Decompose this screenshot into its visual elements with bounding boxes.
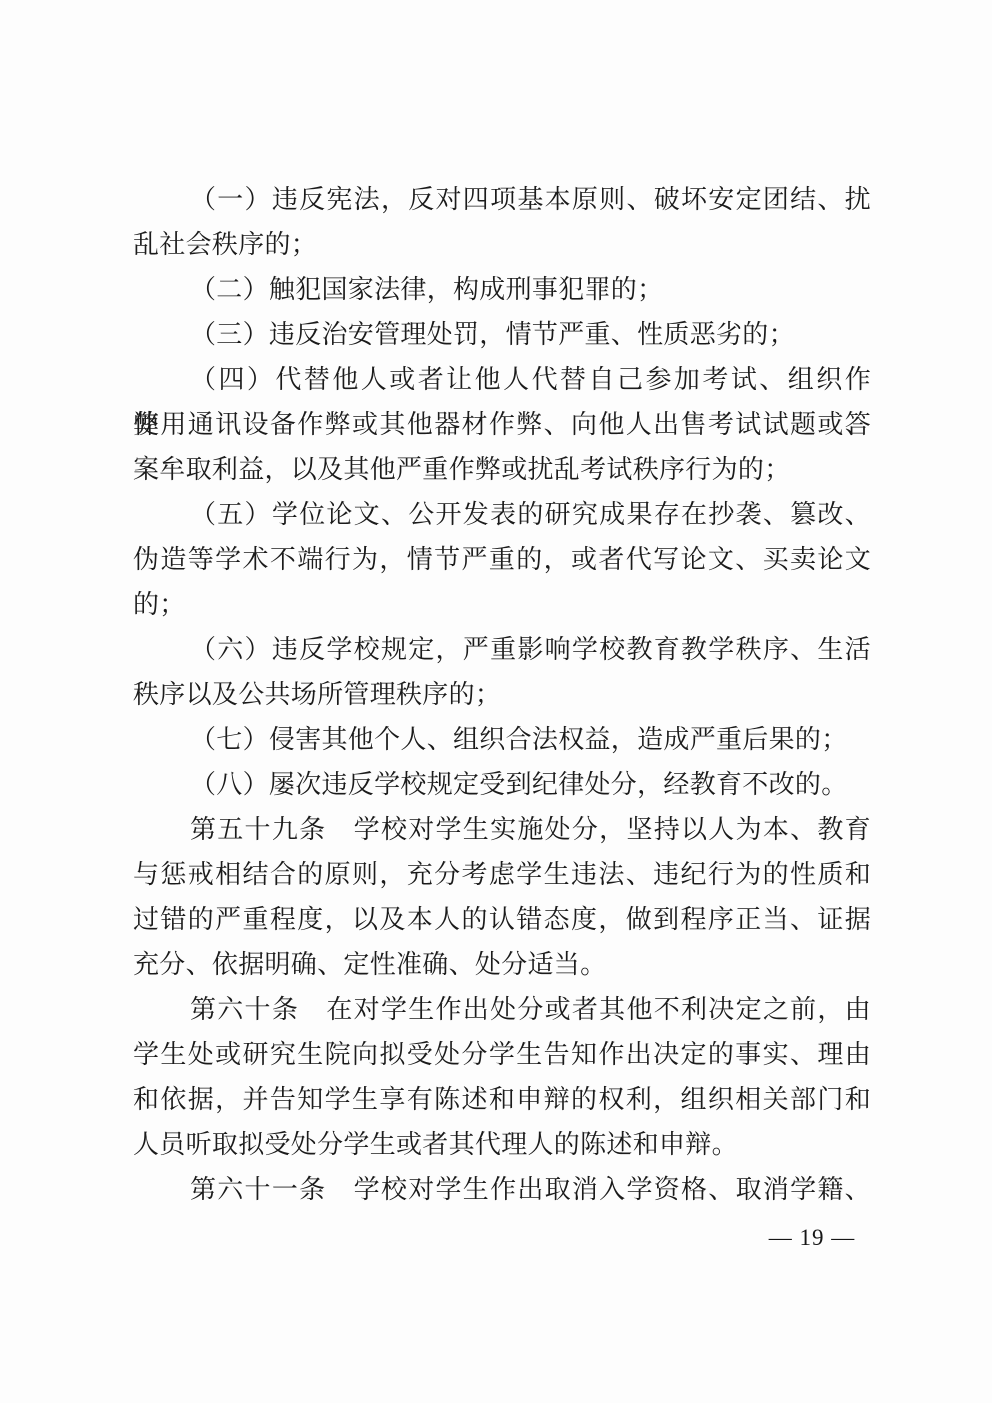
text-line: （八）屡次违反学校规定受到纪律处分，经教育不改的。 <box>133 762 871 807</box>
text-line: （三）违反治安管理处罚，情节严重、性质恶劣的； <box>133 312 871 357</box>
text-line: 充分、依据明确、定性准确、处分适当。 <box>133 942 871 987</box>
text-line: 过错的严重程度，以及本人的认错态度，做到程序正当、证据 <box>133 897 871 942</box>
text-line: 案牟取利益，以及其他严重作弊或扰乱考试秩序行为的； <box>133 447 871 492</box>
page-number: — 19 — <box>762 1220 862 1256</box>
text-line: 使用通讯设备作弊或其他器材作弊、向他人出售考试试题或答 <box>133 402 871 447</box>
text-line: （二）触犯国家法律，构成刑事犯罪的； <box>133 267 871 312</box>
text-line: （四）代替他人或者让他人代替自己参加考试、组织作弊、 <box>133 357 871 402</box>
text-line: （一）违反宪法，反对四项基本原则、破坏安定团结、扰 <box>133 177 871 222</box>
text-line: 第六十一条 学校对学生作出取消入学资格、取消学籍、 <box>133 1167 871 1212</box>
text-line: 的； <box>133 582 871 627</box>
text-line: 和依据，并告知学生享有陈述和申辩的权利，组织相关部门和 <box>133 1077 871 1122</box>
text-line: 第五十九条 学校对学生实施处分，坚持以人为本、教育 <box>133 807 871 852</box>
text-line: 伪造等学术不端行为，情节严重的，或者代写论文、买卖论文 <box>133 537 871 582</box>
document-page: （一）违反宪法，反对四项基本原则、破坏安定团结、扰乱社会秩序的；（二）触犯国家法… <box>0 0 992 1403</box>
text-line: 秩序以及公共场所管理秩序的； <box>133 672 871 717</box>
text-line: 与惩戒相结合的原则，充分考虑学生违法、违纪行为的性质和 <box>133 852 871 897</box>
text-line: 乱社会秩序的； <box>133 222 871 267</box>
text-line: 人员听取拟受处分学生或者其代理人的陈述和申辩。 <box>133 1122 871 1167</box>
text-line: （五）学位论文、公开发表的研究成果存在抄袭、篡改、 <box>133 492 871 537</box>
document-body: （一）违反宪法，反对四项基本原则、破坏安定团结、扰乱社会秩序的；（二）触犯国家法… <box>133 177 871 1212</box>
text-line: （七）侵害其他个人、组织合法权益，造成严重后果的； <box>133 717 871 762</box>
text-line: （六）违反学校规定，严重影响学校教育教学秩序、生活 <box>133 627 871 672</box>
text-line: 第六十条 在对学生作出处分或者其他不利决定之前，由 <box>133 987 871 1032</box>
text-line: 学生处或研究生院向拟受处分学生告知作出决定的事实、理由 <box>133 1032 871 1077</box>
